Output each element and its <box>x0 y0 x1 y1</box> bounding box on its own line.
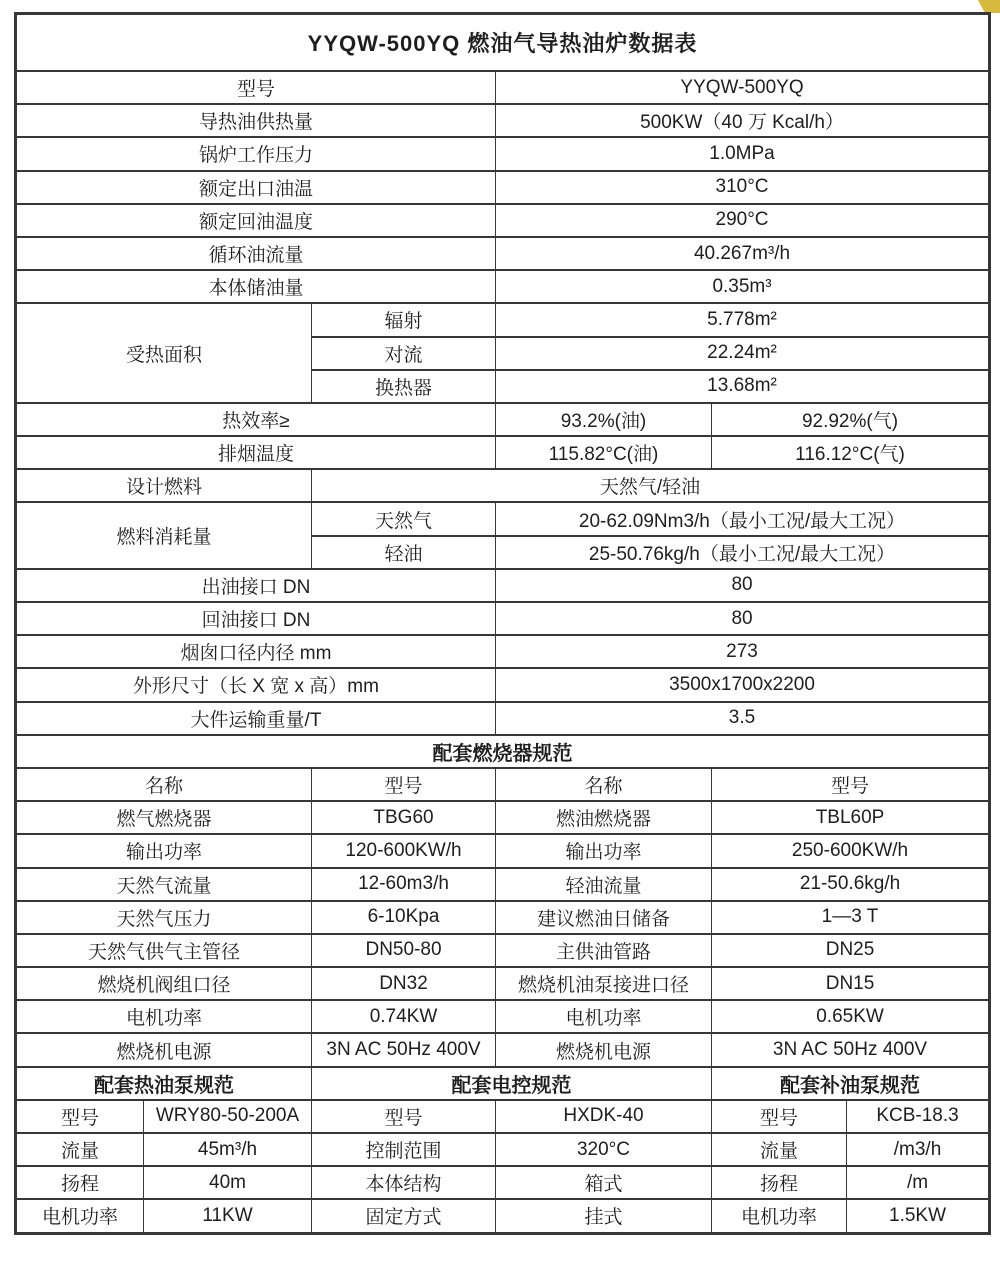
table-row: 大件运输重量/T 3.5 <box>16 702 990 735</box>
row-value-gas: 92.92%(气) <box>712 403 990 436</box>
row-value: HXDK-40 <box>496 1100 712 1133</box>
row-value: 1.5KW <box>847 1199 990 1233</box>
row-value: 0.65KW <box>712 1000 990 1033</box>
row-label: 型号 <box>712 1100 847 1133</box>
row-subname: 辐射 <box>312 303 496 336</box>
table-row: 设计燃料 天然气/轻油 <box>16 469 990 502</box>
row-value: 挂式 <box>496 1199 712 1233</box>
section-hot-oil-pump-header: 配套热油泵规范 <box>16 1067 312 1100</box>
row-value: /m3/h <box>847 1133 990 1166</box>
col-header: 名称 <box>16 768 312 801</box>
table-row: 电机功率 0.74KW 电机功率 0.65KW <box>16 1000 990 1033</box>
row-label: 热效率≥ <box>16 403 496 436</box>
row-value: 1.0MPa <box>496 137 990 170</box>
row-value: 120-600KW/h <box>312 834 496 867</box>
table-row: 配套燃烧器规范 <box>16 735 990 768</box>
table-row: 型号 YYQW-500YQ <box>16 71 990 104</box>
section-electric-control-header: 配套电控规范 <box>312 1067 712 1100</box>
row-value: 45m³/h <box>144 1133 312 1166</box>
row-value: 3N AC 50Hz 400V <box>712 1033 990 1066</box>
row-label: 循环油流量 <box>16 237 496 270</box>
table-row: 回油接口 DN 80 <box>16 602 990 635</box>
section-refill-pump-header: 配套补油泵规范 <box>712 1067 990 1100</box>
row-value: 11KW <box>144 1199 312 1233</box>
row-value: 40.267m³/h <box>496 237 990 270</box>
table-row: 本体储油量 0.35m³ <box>16 270 990 303</box>
row-label: 型号 <box>16 71 496 104</box>
row-label: 燃烧机阀组口径 <box>16 967 312 1000</box>
col-header: 名称 <box>496 768 712 801</box>
row-subname: 天然气 <box>312 502 496 535</box>
row-subname: 轻油 <box>312 536 496 569</box>
row-value: 1—3 T <box>712 901 990 934</box>
row-value: 273 <box>496 635 990 668</box>
row-label: 燃烧机电源 <box>16 1033 312 1066</box>
table-row: 流量 45m³/h 控制范围 320°C 流量 /m3/h <box>16 1133 990 1166</box>
row-value: 3500x1700x2200 <box>496 668 990 701</box>
row-value: 0.35m³ <box>496 270 990 303</box>
row-value: 40m <box>144 1166 312 1199</box>
row-value: 320°C <box>496 1133 712 1166</box>
table-row: 型号 WRY80-50-200A 型号 HXDK-40 型号 KCB-18.3 <box>16 1100 990 1133</box>
row-label: 本体结构 <box>312 1166 496 1199</box>
row-label: 流量 <box>16 1133 144 1166</box>
row-label: 型号 <box>16 1100 144 1133</box>
row-value: DN50-80 <box>312 934 496 967</box>
row-label: 电机功率 <box>16 1199 144 1233</box>
row-value: 天然气/轻油 <box>312 469 990 502</box>
row-value: YYQW-500YQ <box>496 71 990 104</box>
row-value: 310°C <box>496 171 990 204</box>
table-row: 锅炉工作压力 1.0MPa <box>16 137 990 170</box>
row-label: 固定方式 <box>312 1199 496 1233</box>
row-value: 290°C <box>496 204 990 237</box>
col-header: 型号 <box>312 768 496 801</box>
table-row: 燃烧机电源 3N AC 50Hz 400V 燃烧机电源 3N AC 50Hz 4… <box>16 1033 990 1066</box>
row-label: 燃烧机油泵接进口径 <box>496 967 712 1000</box>
row-value: 6-10Kpa <box>312 901 496 934</box>
row-label: 电机功率 <box>16 1000 312 1033</box>
row-value: DN25 <box>712 934 990 967</box>
row-value-gas: 116.12°C(气) <box>712 436 990 469</box>
row-label: 受热面积 <box>16 303 312 403</box>
row-label: 燃料消耗量 <box>16 502 312 568</box>
row-label: 外形尺寸（长 X 宽 x 高）mm <box>16 668 496 701</box>
table-row: 名称 型号 名称 型号 <box>16 768 990 801</box>
row-value: 0.74KW <box>312 1000 496 1033</box>
row-value-oil: 93.2%(油) <box>496 403 712 436</box>
row-value: 25-50.76kg/h（最小工况/最大工况） <box>496 536 990 569</box>
row-value: 箱式 <box>496 1166 712 1199</box>
row-subname: 换热器 <box>312 370 496 403</box>
row-value: 20-62.09Nm3/h（最小工况/最大工况） <box>496 502 990 535</box>
row-label: 回油接口 DN <box>16 602 496 635</box>
table-row: 输出功率 120-600KW/h 输出功率 250-600KW/h <box>16 834 990 867</box>
row-label: 导热油供热量 <box>16 104 496 137</box>
table-row: 额定回油温度 290°C <box>16 204 990 237</box>
row-label: 天然气供气主管径 <box>16 934 312 967</box>
page-title: YYQW-500YQ 燃油气导热油炉数据表 <box>16 14 990 72</box>
row-label: 扬程 <box>712 1166 847 1199</box>
row-value: DN32 <box>312 967 496 1000</box>
row-value: 80 <box>496 602 990 635</box>
row-label: 扬程 <box>16 1166 144 1199</box>
row-label: 电机功率 <box>496 1000 712 1033</box>
table-row: 配套热油泵规范 配套电控规范 配套补油泵规范 <box>16 1067 990 1100</box>
row-value: 12-60m3/h <box>312 868 496 901</box>
row-label: 燃烧机电源 <box>496 1033 712 1066</box>
row-label: 主供油管路 <box>496 934 712 967</box>
table-row: 额定出口油温 310°C <box>16 171 990 204</box>
row-label: 燃油燃烧器 <box>496 801 712 834</box>
row-label: 控制范围 <box>312 1133 496 1166</box>
table-row: YYQW-500YQ 燃油气导热油炉数据表 <box>16 14 990 72</box>
row-value: /m <box>847 1166 990 1199</box>
section-burner-header: 配套燃烧器规范 <box>16 735 990 768</box>
table-row: 燃料消耗量 天然气 20-62.09Nm3/h（最小工况/最大工况） <box>16 502 990 535</box>
table-row: 导热油供热量 500KW（40 万 Kcal/h） <box>16 104 990 137</box>
col-header: 型号 <box>712 768 990 801</box>
table-row: 燃气燃烧器 TBG60 燃油燃烧器 TBL60P <box>16 801 990 834</box>
row-value: 80 <box>496 569 990 602</box>
row-value: 5.778m² <box>496 303 990 336</box>
table-row: 热效率≥ 93.2%(油) 92.92%(气) <box>16 403 990 436</box>
row-value: 22.24m² <box>496 337 990 370</box>
row-label: 型号 <box>312 1100 496 1133</box>
table-row: 电机功率 11KW 固定方式 挂式 电机功率 1.5KW <box>16 1199 990 1233</box>
row-label: 大件运输重量/T <box>16 702 496 735</box>
row-label: 电机功率 <box>712 1199 847 1233</box>
row-value: 3N AC 50Hz 400V <box>312 1033 496 1066</box>
row-label: 天然气流量 <box>16 868 312 901</box>
table-row: 扬程 40m 本体结构 箱式 扬程 /m <box>16 1166 990 1199</box>
row-label: 建议燃油日储备 <box>496 901 712 934</box>
row-label: 轻油流量 <box>496 868 712 901</box>
table-row: 烟囱口径内径 mm 273 <box>16 635 990 668</box>
table-row: 排烟温度 115.82°C(油) 116.12°C(气) <box>16 436 990 469</box>
row-label: 流量 <box>712 1133 847 1166</box>
row-label: 锅炉工作压力 <box>16 137 496 170</box>
boiler-spec-table: YYQW-500YQ 燃油气导热油炉数据表 型号 YYQW-500YQ 导热油供… <box>14 12 991 1235</box>
row-value: KCB-18.3 <box>847 1100 990 1133</box>
table-row: 受热面积 辐射 5.778m² <box>16 303 990 336</box>
table-row: 出油接口 DN 80 <box>16 569 990 602</box>
row-label: 天然气压力 <box>16 901 312 934</box>
row-value: TBG60 <box>312 801 496 834</box>
row-value: DN15 <box>712 967 990 1000</box>
row-value: 3.5 <box>496 702 990 735</box>
row-value: 500KW（40 万 Kcal/h） <box>496 104 990 137</box>
row-label: 排烟温度 <box>16 436 496 469</box>
row-label: 输出功率 <box>16 834 312 867</box>
row-label: 出油接口 DN <box>16 569 496 602</box>
row-value: TBL60P <box>712 801 990 834</box>
row-label: 输出功率 <box>496 834 712 867</box>
row-value: 21-50.6kg/h <box>712 868 990 901</box>
row-label: 设计燃料 <box>16 469 312 502</box>
table-row: 外形尺寸（长 X 宽 x 高）mm 3500x1700x2200 <box>16 668 990 701</box>
row-value: 13.68m² <box>496 370 990 403</box>
row-value-oil: 115.82°C(油) <box>496 436 712 469</box>
row-label: 燃气燃烧器 <box>16 801 312 834</box>
row-subname: 对流 <box>312 337 496 370</box>
row-value: 250-600KW/h <box>712 834 990 867</box>
table-row: 燃烧机阀组口径 DN32 燃烧机油泵接进口径 DN15 <box>16 967 990 1000</box>
table-row: 天然气压力 6-10Kpa 建议燃油日储备 1—3 T <box>16 901 990 934</box>
table-row: 天然气供气主管径 DN50-80 主供油管路 DN25 <box>16 934 990 967</box>
table-row: 循环油流量 40.267m³/h <box>16 237 990 270</box>
table-row: 天然气流量 12-60m3/h 轻油流量 21-50.6kg/h <box>16 868 990 901</box>
row-label: 本体储油量 <box>16 270 496 303</box>
row-label: 烟囱口径内径 mm <box>16 635 496 668</box>
row-label: 额定回油温度 <box>16 204 496 237</box>
row-value: WRY80-50-200A <box>144 1100 312 1133</box>
row-label: 额定出口油温 <box>16 171 496 204</box>
